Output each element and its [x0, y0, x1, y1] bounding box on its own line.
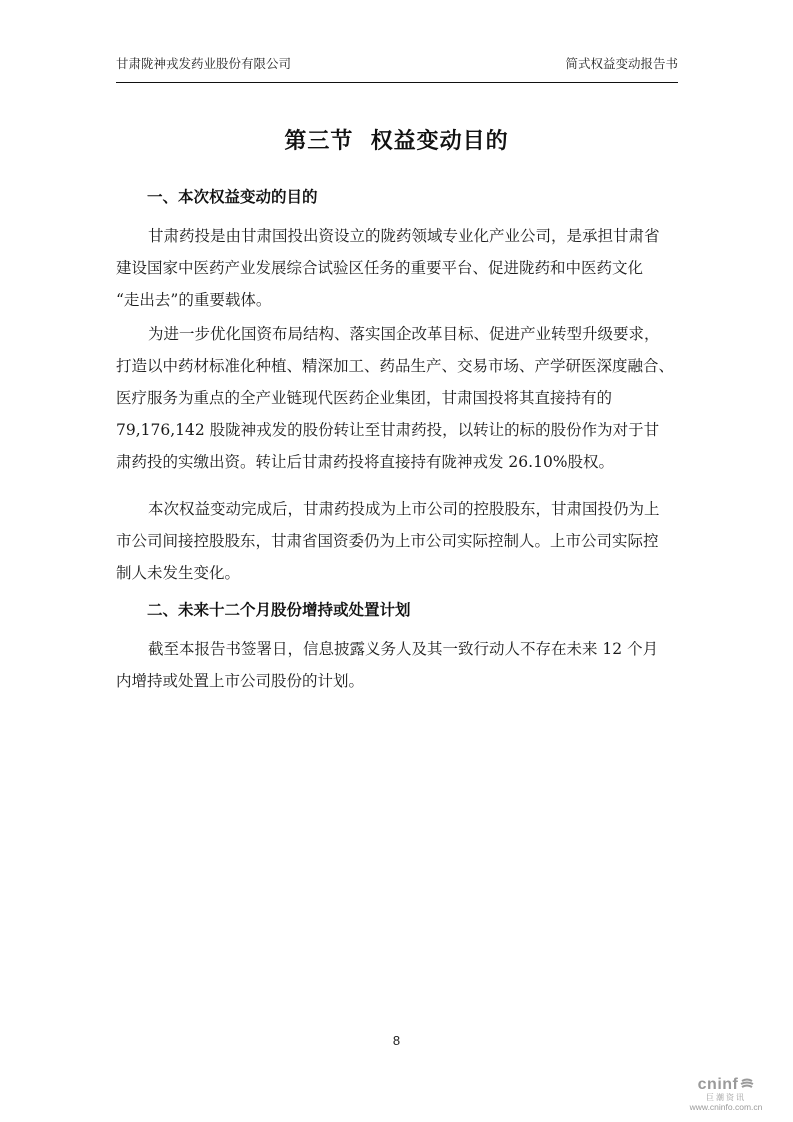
- heading-purpose: 一、本次权益变动的目的: [147, 185, 318, 207]
- header-document-title: 简式权益变动报告书: [565, 54, 678, 72]
- text-line: “走出去”的重要载体。: [116, 284, 678, 316]
- watermark-url: www.cninfo.com.cn: [681, 1102, 771, 1112]
- text-line: 肃药投的实缴出资。转让后甘肃药投将直接持有陇神戎发 26.10%股权。: [116, 446, 678, 478]
- paragraph-purpose-1: 甘肃药投是由甘肃国投出资设立的陇药领域专业化产业公司，是承担甘肃省 建设国家中医…: [116, 220, 678, 316]
- text-line: 甘肃药投是由甘肃国投出资设立的陇药领域专业化产业公司，是承担甘肃省: [148, 227, 660, 245]
- text-line: 医疗服务为重点的全产业链现代医药企业集团，甘肃国投将其直接持有的: [116, 382, 678, 414]
- text-line: 本次权益变动完成后，甘肃药投成为上市公司的控股股东，甘肃国投仍为上: [148, 500, 660, 518]
- header-company-name: 甘肃陇神戎发药业股份有限公司: [116, 54, 291, 72]
- text-line: 截至本报告书签署日，信息披露义务人及其一致行动人不存在未来 12 个月: [148, 640, 658, 658]
- watermark-brand-text: cninf: [698, 1076, 739, 1093]
- text-line: 制人未发生变化。: [116, 557, 678, 589]
- header-divider: [116, 82, 678, 83]
- cninfo-watermark: cninf 巨潮资讯 www.cninfo.com.cn: [681, 1076, 771, 1112]
- text-line: 内增持或处置上市公司股份的计划。: [116, 665, 678, 697]
- text-line: 打造以中药材标准化种植、精深加工、药品生产、交易市场、产学研医深度融合、: [116, 350, 678, 382]
- text-line: 建设国家中医药产业发展综合试验区任务的重要平台、促进陇药和中医药文化: [116, 252, 678, 284]
- paragraph-purpose-3: 本次权益变动完成后，甘肃药投成为上市公司的控股股东，甘肃国投仍为上 市公司间接控…: [116, 493, 678, 589]
- heading-plan: 二、未来十二个月股份增持或处置计划: [147, 598, 411, 620]
- section-title: 第三节 权益变动目的: [0, 124, 793, 155]
- paragraph-purpose-2: 为进一步优化国资布局结构、落实国企改革目标、促进产业转型升级要求， 打造以中药材…: [116, 318, 678, 478]
- page-header: 甘肃陇神戎发药业股份有限公司 简式权益变动报告书: [116, 50, 678, 70]
- text-line: 为进一步优化国资布局结构、落实国企改革目标、促进产业转型升级要求，: [148, 325, 660, 343]
- text-line: 79,176,142 股陇神戎发的股份转让至甘肃药投，以转让的标的股份作为对于甘: [116, 414, 678, 446]
- paragraph-plan-1: 截至本报告书签署日，信息披露义务人及其一致行动人不存在未来 12 个月 内增持或…: [116, 633, 678, 697]
- page-number: 8: [0, 1033, 793, 1048]
- text-line: 市公司间接控股股东，甘肃省国资委仍为上市公司实际控制人。上市公司实际控: [116, 525, 678, 557]
- cninfo-logo-icon: [740, 1078, 754, 1090]
